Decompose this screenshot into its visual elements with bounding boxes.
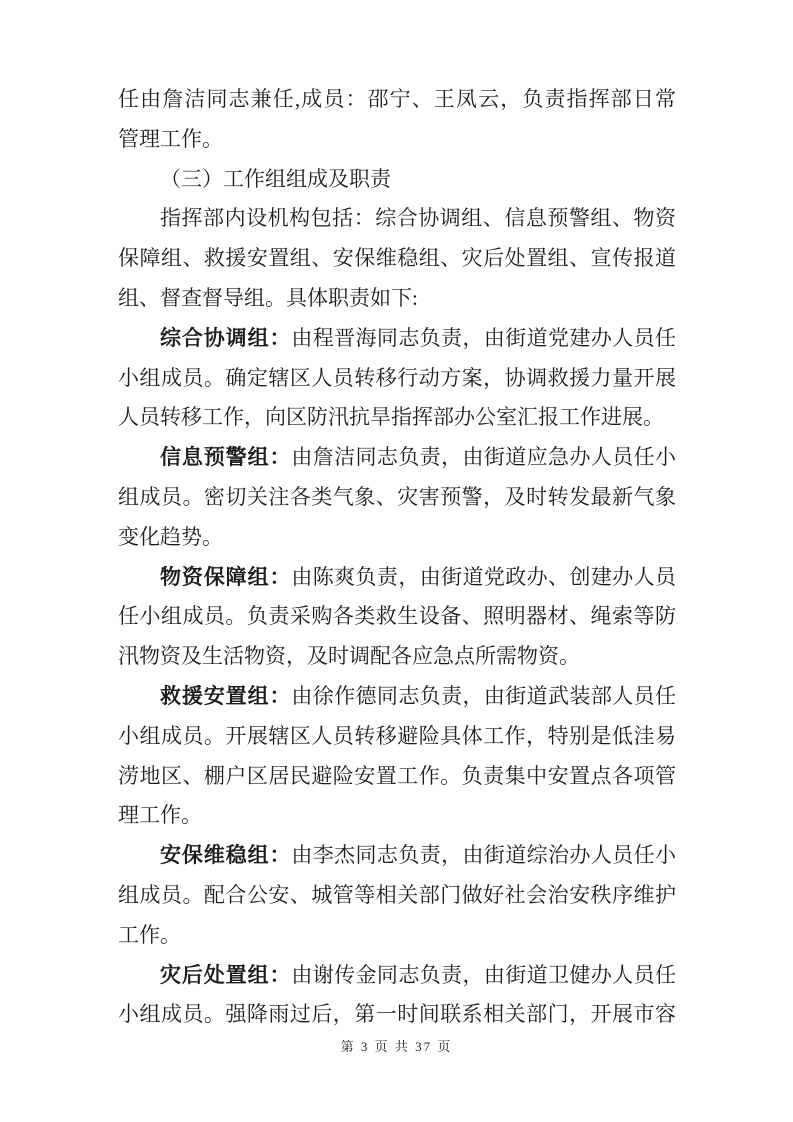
line-text: 变化趋势。 [118,525,223,549]
line-text: 指挥部内设机构包括：综合协调组、信息预警组、物资 [160,206,676,230]
line-text: 组成员。密切关注各类气象、灾害预警，及时转发最新气象 [118,485,676,509]
text-line: 工作。 [118,916,676,956]
line-text: 汛物资及生活物资，及时调配各应急点所需物资。 [118,644,580,668]
text-line: 组成员。密切关注各类气象、灾害预警，及时转发最新气象 [118,478,676,518]
line-text: 涝地区、棚户区居民避险安置工作。负责集中安置点各项管 [118,764,676,788]
line-text: （三）工作组组成及职责 [160,167,391,191]
text-line: 人员转移工作，向区防汛抗旱指挥部办公室汇报工作进展。 [118,398,676,438]
line-text: 小组成员。确定辖区人员转移行动方案，协调救援力量开展 [118,366,676,390]
group-name-bold: 物资保障组： [160,566,291,589]
line-text: 任小组成员。负责采购各类救生设备、照明器材、绳索等防 [118,604,676,628]
text-line: 物资保障组：由陈爽负责，由街道党政办、创建办人员 [118,558,676,598]
line-text: 任由詹洁同志兼任,成员：邵宁、王凤云，负责指挥部日常 [118,87,676,111]
line-text: 由谢传金同志负责，由街道卫健办人员任 [291,963,676,987]
text-line: 任由詹洁同志兼任,成员：邵宁、王凤云，负责指挥部日常 [118,80,676,120]
line-text: 管理工作。 [118,127,223,151]
line-text: 人员转移工作，向区防汛抗旱指挥部办公室汇报工作进展。 [118,405,664,429]
section-heading: （三）工作组组成及职责 [118,160,676,200]
text-line: 小组成员。强降雨过后，第一时间联系相关部门，开展市容 [118,995,676,1035]
text-line: 变化趋势。 [118,518,676,558]
document-page: 任由詹洁同志兼任,成员：邵宁、王凤云，负责指挥部日常 管理工作。 （三）工作组组… [0,0,793,1122]
text-line: 组成员。配合公安、城管等相关部门做好社会治安秩序维护 [118,876,676,916]
text-line: 指挥部内设机构包括：综合协调组、信息预警组、物资 [118,199,676,239]
line-text: 理工作。 [118,803,202,827]
line-text: 由李杰同志负责，由街道综治办人员任小 [291,843,676,867]
line-text: 由詹洁同志负责，由街道应急办人员任小 [291,445,676,469]
line-text: 小组成员。开展辖区人员转移避险具体工作，特别是低洼易 [118,724,676,748]
line-text: 小组成员。强降雨过后，第一时间联系相关部门，开展市容 [118,1002,676,1026]
group-name-bold: 救援安置组： [160,685,291,708]
text-line: 任小组成员。负责采购各类救生设备、照明器材、绳索等防 [118,597,676,637]
page-number-footer: 第 3 页 共 37 页 [0,1037,793,1057]
group-name-bold: 信息预警组： [160,446,291,469]
text-line: 保障组、救援安置组、安保维稳组、灾后处置组、宣传报道 [118,239,676,279]
text-line: 救援安置组：由徐作德同志负责，由街道武装部人员任 [118,677,676,717]
line-text: 保障组、救援安置组、安保维稳组、灾后处置组、宣传报道 [118,246,676,270]
text-line: 综合协调组：由程晋海同志负责，由街道党建办人员任 [118,319,676,359]
line-text: 由程晋海同志负责，由街道党建办人员任 [291,326,676,350]
group-name-bold: 安保维稳组： [160,844,291,867]
line-text: 工作。 [118,923,181,947]
group-name-bold: 综合协调组： [160,327,291,350]
line-text: 组成员。配合公安、城管等相关部门做好社会治安秩序维护 [118,883,676,907]
text-line: 小组成员。开展辖区人员转移避险具体工作，特别是低洼易 [118,717,676,757]
text-line: 汛物资及生活物资，及时调配各应急点所需物资。 [118,637,676,677]
document-body: 任由詹洁同志兼任,成员：邵宁、王凤云，负责指挥部日常 管理工作。 （三）工作组组… [118,80,676,1035]
text-line: 管理工作。 [118,120,676,160]
text-line: 理工作。 [118,796,676,836]
text-line: 安保维稳组：由李杰同志负责，由街道综治办人员任小 [118,836,676,876]
line-text: 由陈爽负责，由街道党政办、创建办人员 [291,565,676,589]
line-text: 组、督查督导组。具体职责如下: [118,286,418,310]
text-line: 小组成员。确定辖区人员转移行动方案，协调救援力量开展 [118,359,676,399]
line-text: 由徐作德同志负责，由街道武装部人员任 [291,684,676,708]
text-line: 组、督查督导组。具体职责如下: [118,279,676,319]
text-line: 灾后处置组：由谢传金同志负责，由街道卫健办人员任 [118,956,676,996]
text-line: 涝地区、棚户区居民避险安置工作。负责集中安置点各项管 [118,757,676,797]
group-name-bold: 灾后处置组： [160,964,291,987]
text-line: 信息预警组：由詹洁同志负责，由街道应急办人员任小 [118,438,676,478]
